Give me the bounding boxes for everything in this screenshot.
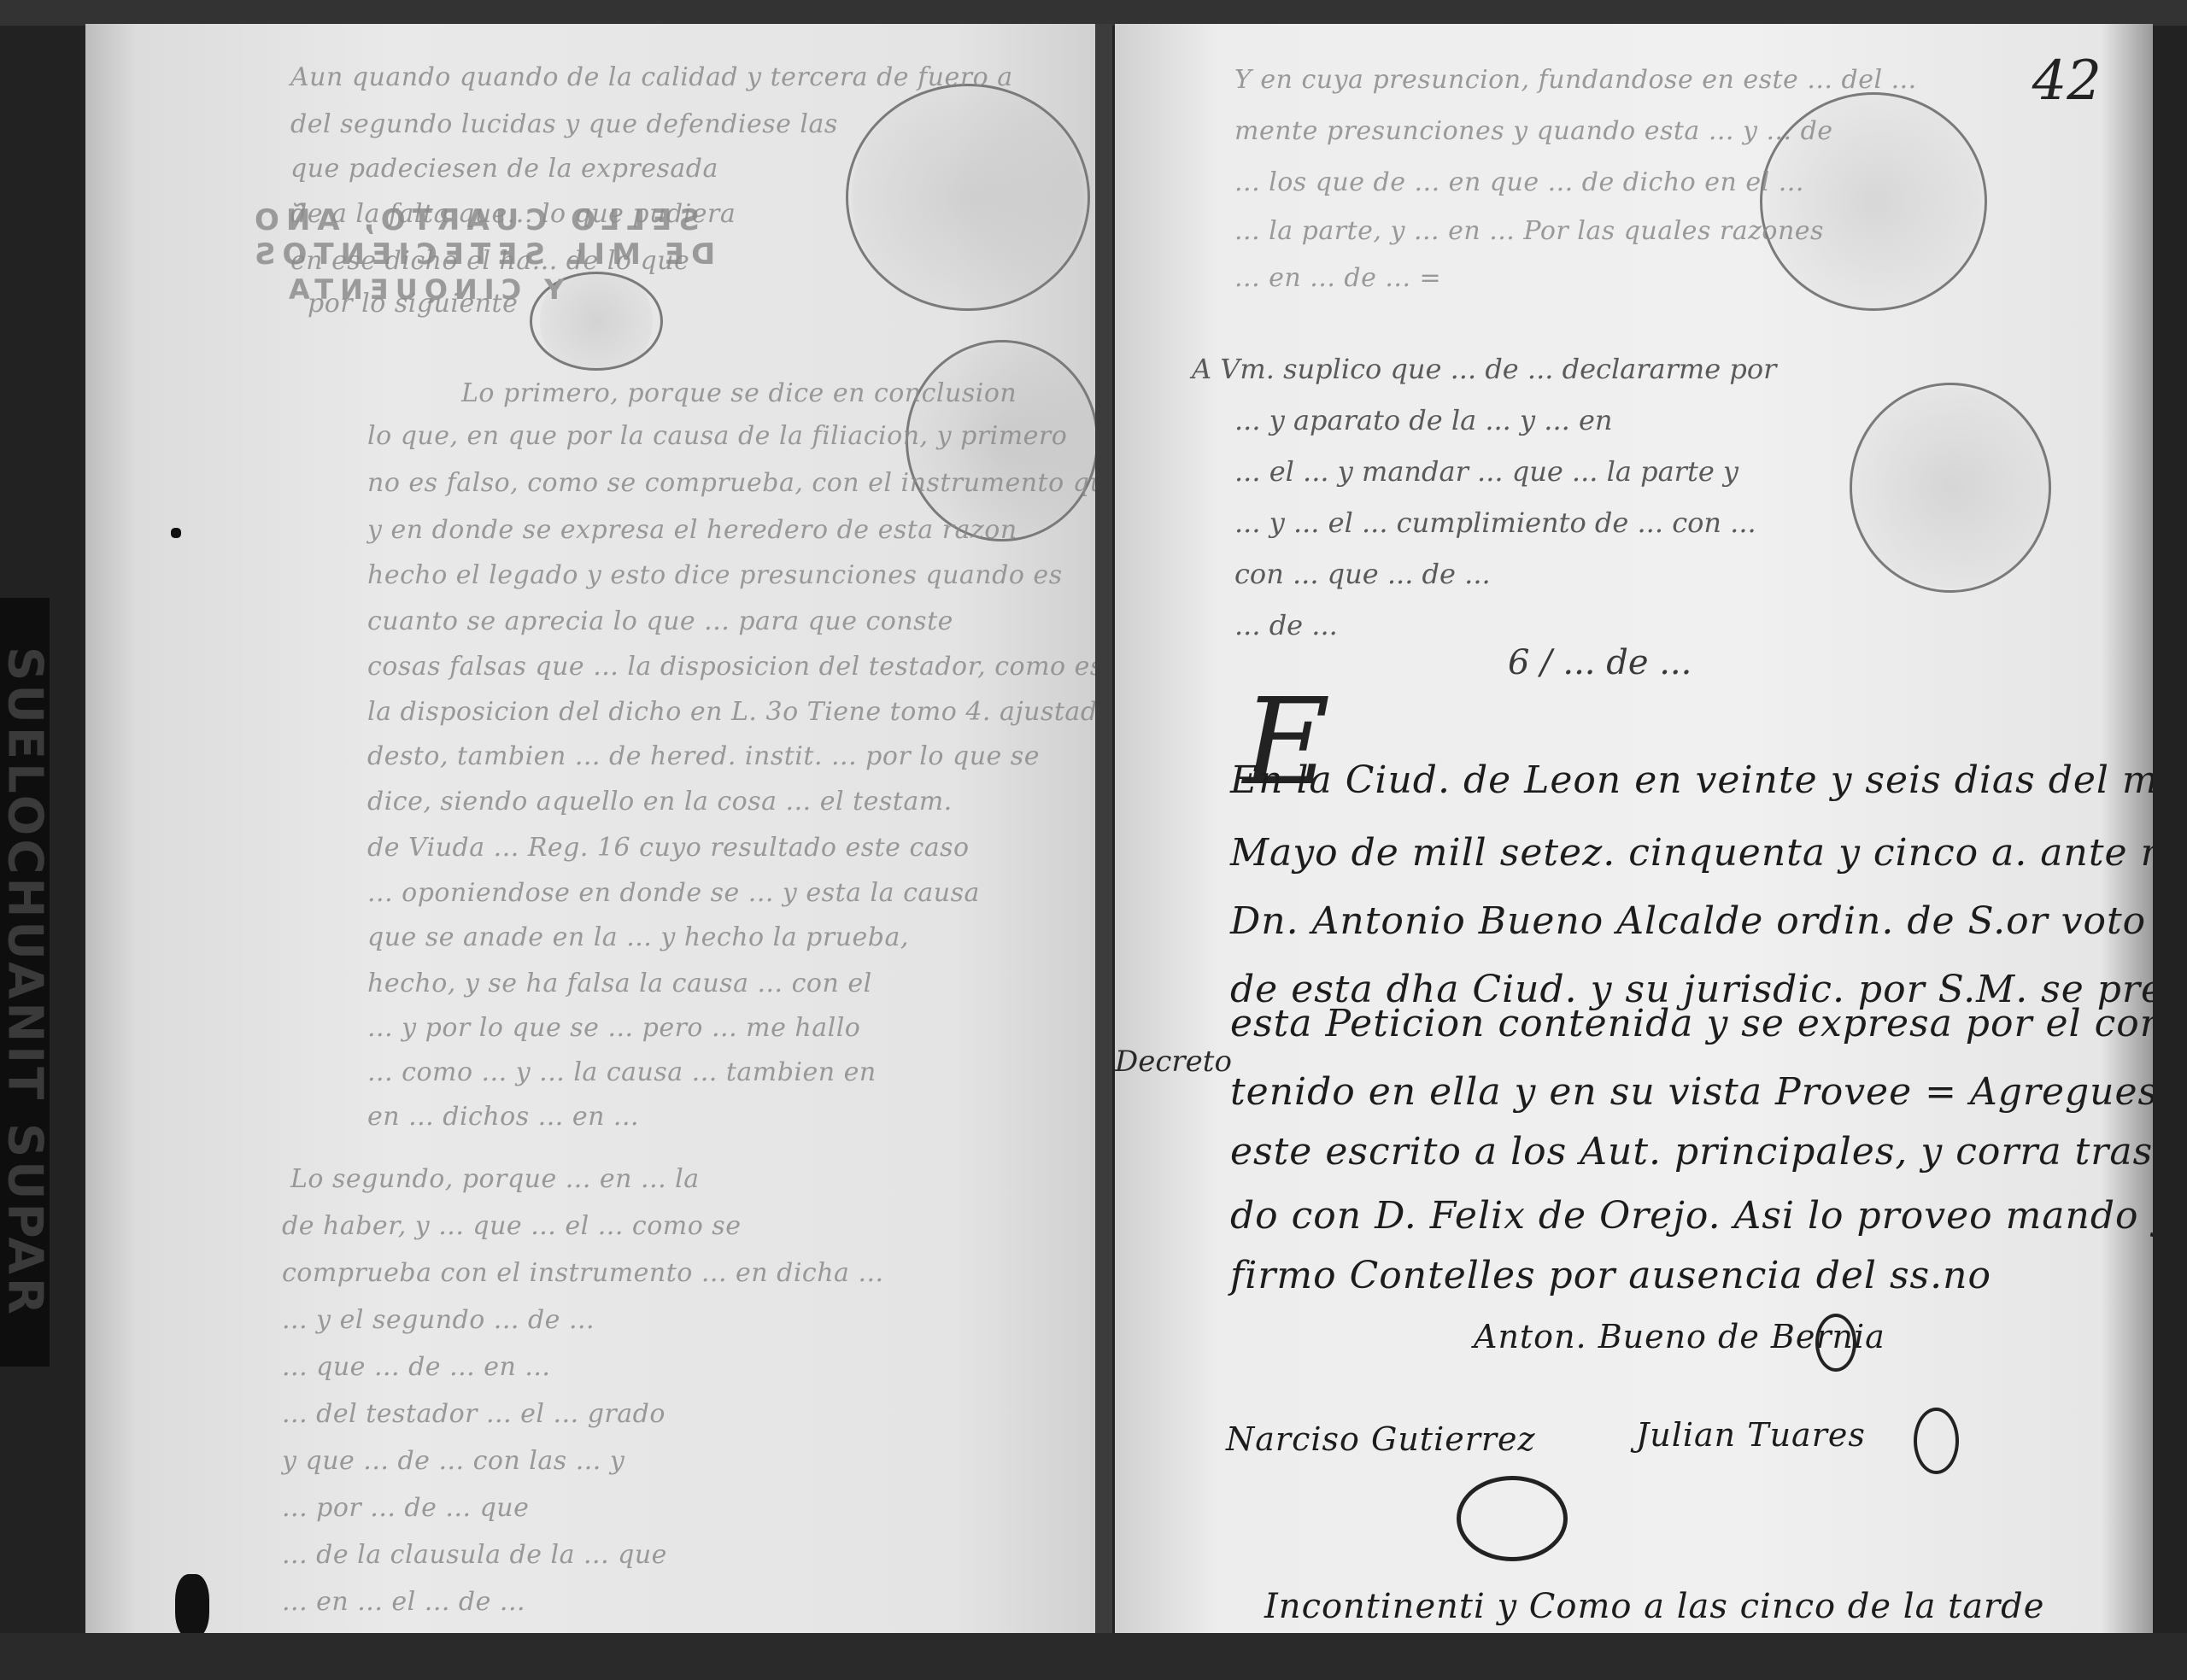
text-line: de haber, y ... que ... el ... como se	[282, 1211, 741, 1241]
text-line: cosas falsas que ... la disposicion del …	[367, 652, 1104, 682]
text-line: que padeciesen de la expresada	[290, 154, 718, 184]
edge-label-text: SUELOCHUANIT SUPAR	[0, 647, 53, 1318]
text-line: Aun quando quando de la calidad y tercer…	[290, 62, 1013, 92]
text-line: de Viuda ... Reg. 16 cuyo resultado este…	[367, 833, 970, 863]
closing-text-line: Incontinenti y Como a las cinco de la ta…	[1264, 1587, 2044, 1626]
text-line: ... como ... y ... la causa ... tambien …	[367, 1057, 877, 1087]
text-line: y que ... de ... con las ... y	[282, 1446, 624, 1476]
folio-number: 42	[2032, 50, 2102, 113]
text-line: este escrito a los Aut. principales, y c…	[1230, 1130, 2153, 1174]
text-line: mente presunciones y quando esta ... y .…	[1234, 116, 1833, 146]
text-line: dice, siendo aquello en la cosa ... el t…	[367, 787, 953, 817]
text-line: en ese dicho el ha... de lo que	[290, 246, 689, 276]
signature-flourish	[1815, 1314, 1856, 1372]
text-line: ... de la clausula de la ... que	[282, 1540, 667, 1570]
text-line: por lo siguiente	[308, 289, 518, 319]
text-line: comprueba con el instrumento ... en dich…	[282, 1258, 884, 1288]
manuscript-scan: SUELOCHUANIT SUPAR SELLO CUARTO, AÑO DE …	[0, 0, 2187, 1680]
text-line: ... la parte, y ... en ... Por las quale…	[1234, 216, 1824, 246]
text-line: con ... que ... de ...	[1234, 558, 1491, 590]
text-line: firmo Contelles por ausencia del ss.no	[1230, 1254, 1991, 1297]
text-line: ... oponiendose en donde se ... y esta l…	[367, 878, 980, 908]
archive-edge-label: SUELOCHUANIT SUPAR	[0, 598, 50, 1367]
text-line: ... en ... de ... =	[1234, 263, 1441, 293]
text-line: de a la falta que... lo que pudiera	[290, 199, 736, 229]
text-line: ... que ... de ... en ...	[282, 1352, 550, 1382]
text-line: del segundo lucidas y que defendiese las	[290, 109, 838, 139]
text-line: ... los que de ... en que ... de dicho e…	[1234, 167, 1804, 197]
text-line: ... por ... de ... que	[282, 1493, 529, 1523]
official-seal-stamp	[846, 84, 1090, 311]
text-line: tenido en ella y en su vista Provee = Ag…	[1230, 1070, 2153, 1114]
text-line: la disposicion del dicho en L. 3o Tiene …	[367, 697, 1106, 727]
text-line: hecho, y se ha falsa la causa ... con el	[367, 969, 872, 998]
official-seal-stamp-2	[1850, 383, 2051, 593]
text-line: lo que, en que por la causa de la filiac…	[367, 421, 1067, 451]
signature-flourish-2	[1914, 1408, 1959, 1474]
text-line: no es falso, como se comprueba, con el i…	[367, 468, 1106, 498]
text-line: hecho el legado y esto dice presunciones…	[367, 560, 1063, 590]
text-line: que se anade en la ... y hecho la prueba…	[367, 922, 909, 952]
text-line: Lo primero, porque se dice en conclusion	[461, 378, 1017, 408]
ink-blot	[175, 1574, 209, 1638]
text-line: ... el ... y mandar ... que ... la parte…	[1234, 455, 1738, 488]
text-line: en ... dichos ... en ...	[367, 1102, 639, 1132]
text-line: desto, tambien ... de hered. instit. ...…	[367, 741, 1040, 771]
text-line: En la Ciud. de Leon en veinte y seis dia…	[1230, 758, 2153, 802]
signature-witness-2: Julian Tuares	[1636, 1416, 1866, 1454]
text-line: Mayo de mill setez. cinquenta y cinco a.…	[1230, 831, 2153, 875]
text-line: ... del testador ... el ... grado	[282, 1399, 665, 1429]
signature-rubric-loop	[1457, 1476, 1568, 1561]
text-line: ... y aparato de la ... y ... en	[1234, 404, 1613, 436]
scanner-top-border	[0, 0, 2187, 26]
date-line: 6 / ... de ...	[1508, 643, 1692, 682]
right-page: 42 Y en cuya presuncion, fundandose en e…	[1115, 24, 2153, 1638]
text-line: y en donde se expresa el heredero de est…	[367, 515, 1017, 545]
signature-witness-1: Narciso Gutierrez	[1226, 1420, 1536, 1458]
text-line: Dn. Antonio Bueno Alcalde ordin. de S.or…	[1230, 899, 2146, 943]
text-line: Lo segundo, porque ... en ... la	[290, 1164, 700, 1194]
text-line: Y en cuya presuncion, fundandose en este…	[1234, 65, 1917, 95]
left-page: SELLO CUARTO, AÑO DE MIL SETECIENTOS Y C…	[85, 24, 1106, 1638]
text-line: cuanto se aprecia lo que ... para que co…	[367, 606, 953, 636]
text-line: ... de ...	[1234, 609, 1338, 641]
margin-note-decreto: Decreto	[1115, 1045, 1232, 1079]
text-line: A Vm. suplico que ... de ... declararme …	[1192, 353, 1776, 385]
text-line: ... y el segundo ... de ...	[282, 1305, 595, 1335]
text-line: ... y ... el ... cumplimiento de ... con…	[1234, 506, 1756, 539]
book-spine	[1095, 24, 1112, 1638]
text-line: esta Peticion contenida y se expresa por…	[1230, 1002, 2153, 1045]
text-line: do con D. Felix de Orejo. Asi lo proveo …	[1230, 1194, 2153, 1238]
ink-dot	[171, 528, 181, 538]
text-line: ... en ... el ... de ...	[282, 1587, 525, 1617]
scanner-bottom-border	[0, 1633, 2187, 1680]
text-line: ... y por lo que se ... pero ... me hall…	[367, 1013, 860, 1043]
